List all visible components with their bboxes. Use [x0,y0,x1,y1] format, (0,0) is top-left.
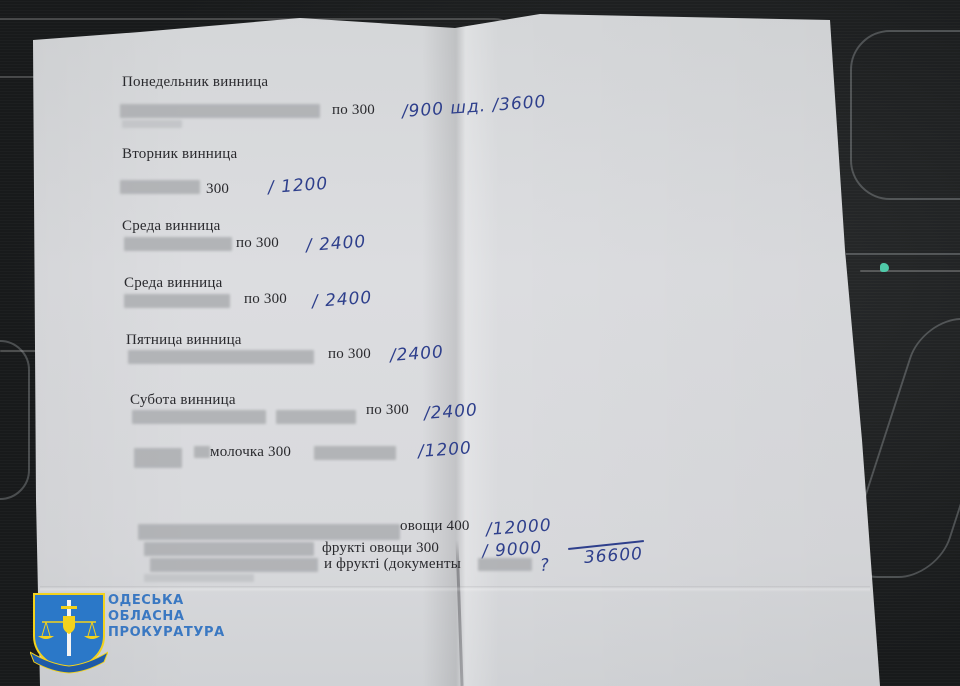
watermark-line: ПРОКУРАТУРА [108,625,225,641]
entry-quantity: по 300 [236,235,279,252]
mat-ridge [0,350,40,352]
entry-heading: Понедельник винница [122,74,268,91]
redacted-text [144,574,254,582]
handwritten-amount: / 2400 [311,288,373,312]
handwritten-amount: / 1200 [267,174,329,198]
redacted-text [150,558,318,572]
handwritten-amount: / 2400 [305,232,367,256]
redacted-text [276,410,356,424]
entry-heading: Субота винница [130,392,236,409]
entry-quantity: по 300 [366,402,409,419]
entry-heading: Пятница винница [126,332,242,349]
redacted-text [122,120,182,128]
redacted-text [120,104,320,118]
prosecutor-emblem-icon [30,592,108,674]
entry-quantity: по 300 [328,346,371,363]
handwritten-amount: /2400 [389,342,444,366]
redacted-text [138,524,400,540]
mat-ridge [850,30,960,200]
entry-quantity: 300 [206,181,229,198]
entry-quantity: по 300 [244,291,287,308]
entry-heading: Среда винница [124,275,222,292]
handwritten-amount: /900 шд. /3600 [401,92,547,122]
handwritten-amount: /1200 [417,438,472,462]
handwritten-amount: /2400 [423,400,478,424]
photo-scene: Понедельник винница по 300 /900 шд. /360… [0,0,960,686]
redacted-text [144,542,314,556]
redacted-text [120,180,200,194]
line-item: и фрукті (документы [324,556,461,573]
mat-ridge [860,270,960,272]
redacted-text [134,448,182,468]
entry-quantity: по 300 [332,102,375,119]
redacted-text [128,350,314,364]
redacted-text [194,446,210,458]
redacted-text [478,558,532,571]
line-item: овощи 400 [400,518,470,535]
redacted-text [132,410,266,424]
line-item: фрукті овощи 300 [322,540,439,557]
redacted-text [314,446,396,460]
entry-heading: Вторник винница [122,146,237,163]
watermark-text: ОДЕСЬКА ОБЛАСНА ПРОКУРАТУРА [108,593,225,641]
redacted-text [124,237,232,251]
watermark-line: ОБЛАСНА [108,609,225,625]
entry-heading: Среда винница [122,218,220,235]
fold-crease [40,586,870,592]
mat-ridge [0,340,30,500]
watermark-line: ОДЕСЬКА [108,593,225,609]
mat-ridge [846,195,960,255]
line-item: молочка 300 [210,444,291,461]
handwritten-total: 36600 [583,544,643,568]
paper-sheet: Понедельник винница по 300 /900 шд. /360… [0,0,960,686]
redacted-text [124,294,230,308]
handwritten-mark: ? [539,555,550,576]
handwritten-amount: /12000 [485,515,552,540]
debris-fleck [880,263,889,272]
